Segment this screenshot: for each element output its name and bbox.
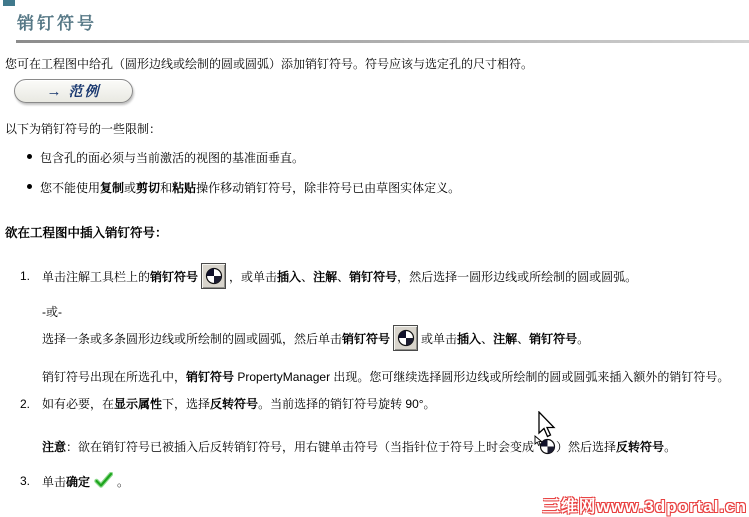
arrow-right-icon: → xyxy=(47,83,62,100)
step-1-alt: 选择一条或多条圆形边线或所绘制的圆或圆弧，然后单击销钉符号 或单击插入、注解、销… xyxy=(42,324,589,352)
note-text: 注意：欲在销钉符号已被插入后反转销钉符号，用右键单击符号（当指针位于符号上时会变… xyxy=(42,438,534,455)
step-3: 3. 单击确定 。 xyxy=(20,470,129,492)
step-text: 如有必要，在显示属性下，选择反转符号。当前选择的销钉符号旋转 90°。 xyxy=(42,395,436,412)
ok-checkmark-icon xyxy=(94,472,113,491)
title-divider xyxy=(16,40,749,43)
step-1-result: 销钉符号出现在所选孔中，销钉符号 PropertyManager 出现。您可继续… xyxy=(42,368,729,385)
mouse-cursor-icon xyxy=(537,411,559,444)
bullet-icon xyxy=(27,184,32,189)
step-number: 3. xyxy=(20,474,42,488)
step-text: 单击确定 xyxy=(42,473,90,490)
or-separator: -或- xyxy=(42,303,62,320)
restriction-item: 您不能使用复制或剪切和粘贴操作移动销钉符号，除非符号已由草图实体定义。 xyxy=(40,179,460,196)
procedure-heading: 欲在工程图中插入销钉符号： xyxy=(5,223,168,241)
step-2: 2. 如有必要，在显示属性下，选择反转符号。当前选择的销钉符号旋转 90°。 xyxy=(20,395,436,412)
step-text: 或单击插入、注解、销钉符号。 xyxy=(421,330,589,347)
step-number: 1. xyxy=(20,269,42,283)
step-number: 2. xyxy=(20,397,42,411)
restrictions-intro: 以下为销钉符号的一些限制： xyxy=(5,120,161,137)
page-title: 销钉符号 xyxy=(17,9,97,34)
dowel-pin-symbol-icon xyxy=(201,263,226,289)
step-1: 1. 单击注解工具栏上的销钉符号 ，或单击插入、注解、销钉符号，然后选择一圆形边… xyxy=(20,262,637,290)
note-text: ）然后选择反转符号。 xyxy=(556,438,676,455)
step-text: 单击注解工具栏上的销钉符号 xyxy=(42,268,198,285)
step-text: ，或单击插入、注解、销钉符号，然后选择一圆形边线或所绘制的圆或圆弧。 xyxy=(229,268,637,285)
dowel-pin-symbol-icon xyxy=(393,325,418,351)
step-text: 。 xyxy=(117,473,129,490)
bullet-icon xyxy=(27,154,32,159)
watermark: 三维网www.3dportal.cn xyxy=(543,492,747,517)
page-corner-icon xyxy=(3,0,15,6)
help-page: 销钉符号 您可在工程图中给孔（圆形边线或绘制的圆或圆弧）添加销钉符号。符号应该与… xyxy=(0,0,749,517)
step-text: 选择一条或多条圆形边线或所绘制的圆或圆弧，然后单击销钉符号 xyxy=(42,330,390,347)
restriction-item: 包含孔的面必须与当前激活的视图的基准面垂直。 xyxy=(40,149,304,166)
note-line: 注意：欲在销钉符号已被插入后反转销钉符号，用右键单击符号（当指针位于符号上时会变… xyxy=(42,434,676,458)
example-button[interactable]: → 范例 xyxy=(14,79,133,103)
example-button-label: 范例 xyxy=(69,81,101,101)
intro-text: 您可在工程图中给孔（圆形边线或绘制的圆或圆弧）添加销钉符号。符号应该与选定孔的尺… xyxy=(5,55,533,72)
